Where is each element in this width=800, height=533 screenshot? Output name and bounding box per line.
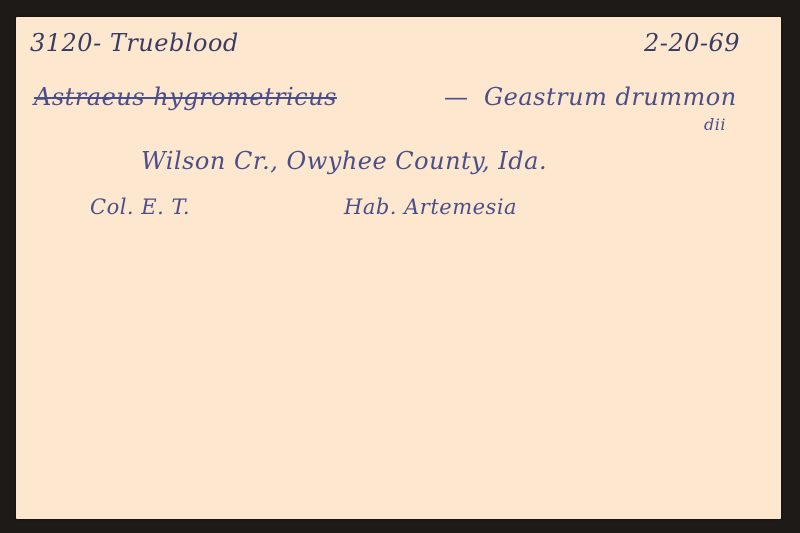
collection-date: 2-20-69 [644, 29, 740, 57]
revised-species-name-suffix: dii [704, 115, 726, 134]
crossed-out-species-name: Astraeus hygrometricus [34, 83, 337, 111]
locality: Wilson Cr., Owyhee County, Ida. [141, 147, 547, 175]
herbarium-label-card: 3120- Trueblood 2-20-69 Astraeus hygrome… [16, 17, 781, 519]
habitat: Hab. Artemesia [344, 195, 517, 219]
accession-number-collector: 3120- Trueblood [30, 29, 239, 57]
revised-species-name: Geastrum drummon [484, 83, 737, 111]
name-separator-dash: — [444, 83, 469, 111]
collector-initials: Col. E. T. [90, 195, 190, 219]
